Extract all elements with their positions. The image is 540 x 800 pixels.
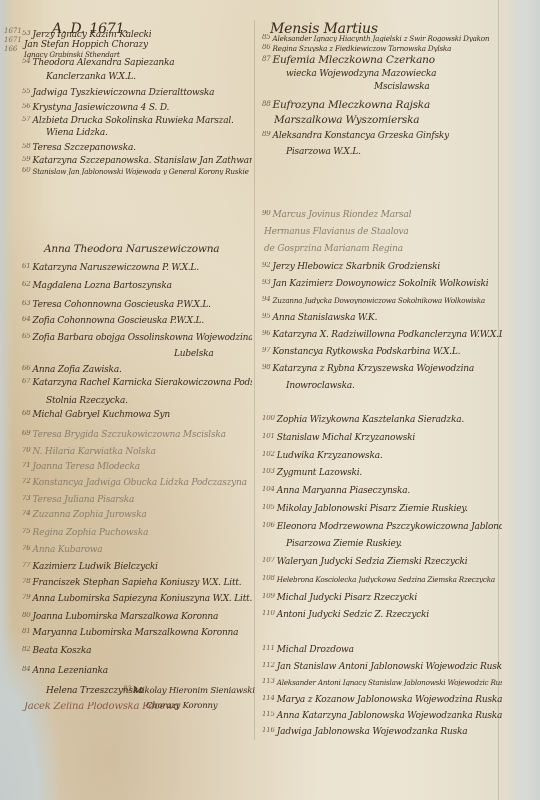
- entry-text: Waleryan Judycki Sedzia Ziemski Rzeczyck…: [277, 557, 468, 567]
- entry-number: 77: [22, 562, 31, 569]
- entry-text: Marya z Kozanow Jablonowska Wojewodzina …: [277, 695, 502, 705]
- entry-text: Mscislawska: [374, 82, 430, 92]
- entry-text: Jadwiga Jablonowska Wojewodzanka Ruska: [277, 727, 468, 737]
- entry-number: 107: [262, 557, 275, 564]
- register-entry: Lubelska: [172, 349, 214, 359]
- register-entry: 64Zofia Cohonnowna Goscieuska P.W.X.L.: [22, 316, 204, 326]
- entry-text: Helebrona Kosciolecka Judyckowa Sedzina …: [277, 575, 495, 583]
- entry-text: Katarzyna X. Radziwillowna Podkanclerzyn…: [273, 330, 502, 340]
- entry-text: Eufrozyna Mleczkowna Rajska: [273, 100, 431, 111]
- entry-text: Zophia Wizykowna Kasztelanka Sieradzka.: [277, 415, 464, 425]
- entry-text: wiecka Wojewodzyna Mazowiecka: [286, 69, 436, 79]
- entry-number: 104: [262, 486, 275, 493]
- entry-number: 114: [262, 695, 275, 702]
- entry-text: Anna Lezenianka: [33, 666, 108, 676]
- register-entry: wiecka Wojewodzyna Mazowiecka: [284, 69, 436, 79]
- register-entry: 108Helebrona Kosciolecka Judyckowa Sedzi…: [262, 575, 495, 583]
- entry-number: 66: [22, 365, 31, 372]
- entry-number: 113: [262, 678, 275, 685]
- entry-number: 54: [22, 58, 31, 65]
- register-entry: Inowroclawska.: [284, 381, 355, 391]
- entry-text: Wiena Lidzka.: [46, 128, 108, 138]
- entry-text: Jan Stanislaw Antoni Jablonowski Wojewod…: [277, 662, 502, 672]
- side-entry: 83Mikolay Hieronim Sieniawski: [123, 686, 255, 696]
- register-entry: 110Antoni Judycki Sedzic Z. Rzeczycki: [262, 610, 429, 620]
- register-entry: 60Stanislaw Jan Jablonowski Wojewoda y G…: [22, 167, 249, 175]
- entry-text: Anna Zofia Zawiska.: [33, 365, 122, 375]
- entry-number: 67: [22, 378, 31, 385]
- entry-text: N. Hilaria Karwiatka Nolska: [33, 447, 156, 457]
- entry-text: Franciszek Stephan Sapieha Koniuszy W.X.…: [33, 578, 242, 588]
- entry-text: Zofia Cohonnowna Goscieuska P.W.X.L.: [33, 316, 204, 326]
- entry-text: Katarzyna Rachel Karnicka Sierakowiczown…: [33, 378, 252, 388]
- entry-text: Regina Szuyska z Fiedkiewiczow Tarnowska…: [273, 44, 452, 52]
- register-entry: 94Zuzanna Judycka Dowoynowiczowa Sokolni…: [262, 296, 485, 304]
- entry-text: Zuzanna Judycka Dowoynowiczowa Sokolniko…: [273, 296, 486, 304]
- entry-text: Jan Kazimierz Dowoynowicz Sokolnik Wolko…: [273, 279, 489, 289]
- entry-text: Alzbieta Drucka Sokolinska Ruwieka Marsz…: [33, 116, 234, 126]
- entry-number: 98: [262, 364, 271, 371]
- entry-number: 75: [22, 528, 31, 535]
- register-entry: 65Zofia Barbara obojga Ossolinskowna Woj…: [22, 333, 252, 343]
- entry-number: 62: [22, 281, 31, 288]
- register-entry: 90Marcus Jovinus Riondez Marsal: [262, 210, 411, 220]
- entry-text: Aleksander Ignacy Hiacynth Jagielski z S…: [273, 34, 490, 42]
- entry-number: 110: [262, 610, 275, 617]
- entry-number: 111: [262, 645, 275, 652]
- register-entry: 55Jadwiga Tyszkiewiczowna Dzieralttowska: [22, 88, 214, 98]
- register-entry: Marszalkowa Wyszomierska: [272, 115, 419, 126]
- register-entry: 93Jan Kazimierz Dowoynowicz Sokolnik Wol…: [262, 279, 488, 289]
- entry-text: Beata Koszka: [33, 646, 92, 656]
- register-entry: 101Stanislaw Michal Krzyzanowski: [262, 433, 415, 443]
- entry-text: Maryanna Lubomirska Marszalkowna Koronna: [33, 628, 239, 638]
- entry-number: 53: [22, 30, 31, 37]
- register-entry: 63Teresa Cohonnowna Goscieuska P.W.X.L.: [22, 300, 211, 310]
- entry-text: Teresa Cohonnowna Goscieuska P.W.X.L.: [33, 300, 211, 310]
- register-entry: 74Zuzanna Zophia Jurowska: [22, 510, 147, 520]
- entry-number: 78: [22, 578, 31, 585]
- register-entry: 107Waleryan Judycki Sedzia Ziemski Rzecz…: [262, 557, 467, 567]
- entry-text: Lubelska: [174, 349, 214, 359]
- register-entry: 57Alzbieta Drucka Sokolinska Ruwieka Mar…: [22, 116, 234, 126]
- entry-text: Zuzanna Zophia Jurowska: [33, 510, 147, 520]
- register-entry: 104Anna Maryanna Piaseczynska.: [262, 486, 410, 496]
- register-entry: 72Konstancya Jadwiga Obucka Lidzka Podcz…: [22, 478, 247, 488]
- entry-number: 94: [262, 296, 271, 303]
- entry-text: Teresa Szczepanowska.: [33, 143, 136, 153]
- entry-number: 87: [262, 55, 271, 63]
- entry-text: Anna Katarzyna Jablonowska Wojewodzanka …: [277, 711, 502, 721]
- entry-text: Anna Theodora Naruszewiczowna: [44, 244, 219, 255]
- entry-text: Pisarzowa Ziemie Ruskiey.: [286, 539, 402, 549]
- register-entry: 86Regina Szuyska z Fiedkiewiczow Tarnows…: [262, 44, 451, 52]
- entry-number: 59: [22, 156, 31, 163]
- entry-text: Inowroclawska.: [286, 381, 355, 391]
- entry-number: 56: [22, 103, 31, 110]
- entry-text: Teresa Juliana Pisarska: [33, 495, 135, 505]
- register-entry: Ignacy Grabinski Sthendart: [22, 50, 120, 58]
- entry-number: 55: [22, 88, 31, 95]
- column-divider: [254, 20, 255, 740]
- page-edge-right: [504, 0, 540, 800]
- entry-number: 95: [262, 313, 271, 320]
- entry-number: 65: [22, 333, 31, 340]
- register-entry: 88Eufrozyna Mleczkowna Rajska: [262, 100, 430, 111]
- entry-text: Jadwiga Tyszkiewiczowna Dzieralttowska: [33, 88, 215, 98]
- register-entry: 66Anna Zofia Zawiska.: [22, 365, 122, 375]
- entry-number: 58: [22, 143, 31, 150]
- entry-text: Kazimierz Ludwik Bielczycki: [33, 562, 158, 572]
- register-entry: 89Aleksandra Konstancya Grzeska Ginfsky: [262, 131, 449, 141]
- register-entry: Mscislawska: [372, 82, 430, 92]
- register-entry: 79Anna Lubomirska Sapiezyna Koniuszyna W…: [22, 594, 252, 604]
- entry-number: 82: [22, 646, 31, 653]
- register-entry: 58Teresa Szczepanowska.: [22, 143, 136, 153]
- register-entry: 111Michal Drozdowa: [262, 645, 354, 655]
- register-entry: 75Regina Zophia Puchowska: [22, 528, 148, 538]
- entry-number: 73: [22, 495, 31, 502]
- entry-text: Michal Judycki Pisarz Rzeczycki: [277, 593, 417, 603]
- register-entry: 98Katarzyna z Rybna Krzyszewska Wojewodz…: [262, 364, 474, 374]
- entry-text: Stolnia Rzeczycka.: [46, 396, 128, 406]
- register-entry: 112Jan Stanislaw Antoni Jablonowski Woje…: [262, 662, 502, 672]
- register-entry: 77Kazimierz Ludwik Bielczycki: [22, 562, 158, 572]
- entry-number: 80: [22, 612, 31, 619]
- entry-text: Regina Zophia Puchowska: [33, 528, 149, 538]
- entry-number: 90: [262, 210, 271, 217]
- entry-number: 74: [22, 510, 31, 517]
- entry-text: Anna Kubarowa: [33, 545, 103, 555]
- register-entry: 114Marya z Kozanow Jablonowska Wojewodzi…: [262, 695, 502, 705]
- entry-text: Eufemia Mleczkowna Czerkano: [273, 55, 435, 66]
- entry-text: Zofia Barbara obojga Ossolinskowna Wojew…: [33, 333, 252, 343]
- entry-text: Zygmunt Lazowski.: [277, 468, 362, 478]
- entry-text: Joanna Teresa Mlodecka: [33, 462, 140, 472]
- register-entry: 87Eufemia Mleczkowna Czerkano: [262, 55, 435, 66]
- register-entry: 103Zygmunt Lazowski.: [262, 468, 362, 478]
- register-entry: Pisarzowa Ziemie Ruskiey.: [284, 539, 402, 549]
- register-entry: 113Aleksander Antoni Ignacy Stanislaw Ja…: [262, 678, 502, 686]
- entry-number: 88: [262, 100, 271, 108]
- entry-number: 115: [262, 711, 275, 718]
- register-entry: 68Michal Gabryel Kuchmowa Syn: [22, 410, 170, 420]
- register-entry: 61Katarzyna Naruszewiczowna P. W.X.L.: [22, 263, 199, 273]
- entry-number: 81: [22, 628, 31, 635]
- register-entry: 82Beata Koszka: [22, 646, 91, 656]
- register-entry: 81Maryanna Lubomirska Marszalkowna Koron…: [22, 628, 238, 638]
- register-entry: 59Katarzyna Szczepanowska. Stanislaw Jan…: [22, 156, 252, 166]
- entry-text: Jerzy Ignacy Kazim Kalecki: [33, 30, 152, 40]
- entry-number: 93: [262, 279, 271, 286]
- entry-number: 70: [22, 447, 31, 454]
- entry-number: 106: [262, 522, 275, 529]
- entry-number: 84: [22, 666, 31, 673]
- register-entry: 56Krystyna Jasiewiczowna 4 S. D.: [22, 103, 169, 113]
- register-entry: 102Ludwika Krzyzanowska.: [262, 451, 383, 461]
- register-entry: 96Katarzyna X. Radziwillowna Podkanclerz…: [262, 330, 502, 340]
- entry-number: 76: [22, 545, 31, 552]
- entry-number: 71: [22, 462, 31, 469]
- register-entry: 115Anna Katarzyna Jablonowska Wojewodzan…: [262, 711, 502, 721]
- entry-text: Teresa Brygida Szczukowiczowna Mscislska: [33, 430, 226, 440]
- entry-number: 108: [262, 575, 275, 582]
- entry-number: 89: [262, 131, 271, 138]
- entry-number: 102: [262, 451, 275, 458]
- entry-text: Konstancya Rytkowska Podskarbina W.X.L.: [273, 347, 461, 357]
- register-entry: 67Katarzyna Rachel Karnicka Sierakowiczo…: [22, 378, 252, 388]
- entry-number: 61: [22, 263, 31, 270]
- entry-text: Hermanus Flavianus de Staalova: [264, 227, 409, 237]
- entry-text: Stanislaw Michal Krzyzanowski: [277, 433, 415, 443]
- entry-text: Anna Lubomirska Sapiezyna Koniuszyna W.X…: [33, 594, 252, 604]
- register-entry: 80Joanna Lubomirska Marszalkowa Koronna: [22, 612, 218, 622]
- register-entry: 97Konstancya Rytkowska Podskarbina W.X.L…: [262, 347, 460, 357]
- entry-text: Aleksander Antoni Ignacy Stanislaw Jablo…: [277, 678, 502, 686]
- register-entry: Wiena Lidzka.: [44, 128, 108, 138]
- side-entry-title: Chorazy Koronny: [146, 702, 217, 711]
- entry-text: Jerzy Hlebowicz Skarbnik Grodzienski: [273, 262, 441, 272]
- entry-number: 109: [262, 593, 275, 600]
- register-entry: 84Anna Lezenianka: [22, 666, 108, 676]
- entry-number: 86: [262, 44, 271, 51]
- register-entry: 92Jerzy Hlebowicz Skarbnik Grodzienski: [262, 262, 440, 272]
- entry-number: 97: [262, 347, 271, 354]
- entry-number: 103: [262, 468, 275, 475]
- entry-text: Theodora Alexandra Sapiezanka: [33, 58, 175, 68]
- entry-number: 69: [22, 430, 31, 437]
- register-entry: Kanclerzanka W.X.L.: [44, 72, 136, 82]
- entry-number: 116: [262, 727, 275, 734]
- entry-text: Anna Stanislawska W.K.: [273, 313, 378, 323]
- entry-text: Stanislaw Jan Jablonowski Wojewoda y Gen…: [33, 167, 249, 175]
- entry-text: Eleonora Modrzewowna Pszczykowiczowna Ja…: [277, 522, 502, 532]
- entry-text: Krystyna Jasiewiczowna 4 S. D.: [33, 103, 170, 113]
- entry-text: Konstancya Jadwiga Obucka Lidzka Podczas…: [33, 478, 247, 488]
- entry-text: Kanclerzanka W.X.L.: [46, 72, 136, 82]
- register-entry: 71Joanna Teresa Mlodecka: [22, 462, 140, 472]
- entry-number: 85: [262, 34, 271, 41]
- register-entry: Hermanus Flavianus de Staalova: [262, 227, 409, 237]
- entry-text: Anna Maryanna Piaseczynska.: [277, 486, 410, 496]
- entry-text: de Gosprzina Marianam Regina: [264, 244, 403, 254]
- register-entry: 78Franciszek Stephan Sapieha Koniuszy W.…: [22, 578, 241, 588]
- register-entry: Pisarzowa W.X.L.: [284, 147, 361, 157]
- entry-text: Antoni Judycki Sedzic Z. Rzeczycki: [277, 610, 429, 620]
- entry-text: Magdalena Lozna Bartoszynska: [33, 281, 172, 291]
- register-entry: Stolnia Rzeczycka.: [44, 396, 128, 406]
- entry-number: 60: [22, 167, 31, 174]
- entry-text: Pisarzowa W.X.L.: [286, 147, 361, 157]
- entry-number: 68: [22, 410, 31, 417]
- entry-text: Joanna Lubomirska Marszalkowa Koronna: [33, 612, 219, 622]
- register-entry: 73Teresa Juliana Pisarska: [22, 495, 134, 505]
- entry-text: Ludwika Krzyzanowska.: [277, 451, 383, 461]
- entry-text: Katarzyna z Rybna Krzyszewska Wojewodzin…: [273, 364, 475, 374]
- register-entry: Jan Stefan Hoppich Chorazy: [22, 40, 148, 50]
- register-entry: de Gosprzina Marianam Regina: [262, 244, 403, 254]
- register-entry: 95Anna Stanislawska W.K.: [262, 313, 377, 323]
- register-entry: 85Aleksander Ignacy Hiacynth Jagielski z…: [262, 34, 489, 42]
- entry-text: Katarzyna Naruszewiczowna P. W.X.L.: [33, 263, 199, 273]
- entry-number: 105: [262, 504, 275, 511]
- entry-text: Marszalkowa Wyszomierska: [274, 115, 419, 126]
- entry-text: Aleksandra Konstancya Grzeska Ginfsky: [273, 131, 450, 141]
- register-entry: 109Michal Judycki Pisarz Rzeczycki: [262, 593, 417, 603]
- register-entry: 70N. Hilaria Karwiatka Nolska: [22, 447, 156, 457]
- entry-text: Jan Stefan Hoppich Chorazy: [24, 40, 148, 50]
- entry-text: Mikolay Jablonowski Pisarz Ziemie Ruskie…: [277, 504, 468, 514]
- entry-number: 92: [262, 262, 271, 269]
- entry-number: 63: [22, 300, 31, 307]
- entry-number: 96: [262, 330, 271, 337]
- entry-number: 57: [22, 116, 31, 123]
- register-entry: 76Anna Kubarowa: [22, 545, 102, 555]
- register-entry: 53Jerzy Ignacy Kazim Kalecki: [22, 30, 151, 40]
- entry-number: 72: [22, 478, 31, 485]
- entry-text: Ignacy Grabinski Sthendart: [24, 50, 120, 58]
- entry-text: Michal Gabryel Kuchmowa Syn: [33, 410, 171, 420]
- register-entry: 100Zophia Wizykowna Kasztelanka Sieradzk…: [262, 415, 464, 425]
- entry-number: 79: [22, 594, 31, 601]
- register-entry: 105Mikolay Jablonowski Pisarz Ziemie Rus…: [262, 504, 468, 514]
- manuscript-page: 1671 1671 166 A. D. 1671. Mensis Martius…: [0, 0, 540, 800]
- entry-number: 100: [262, 415, 275, 422]
- register-entry: 62Magdalena Lozna Bartoszynska: [22, 281, 172, 291]
- entry-number: 101: [262, 433, 275, 440]
- register-entry: 69Teresa Brygida Szczukowiczowna Mscisls…: [22, 430, 226, 440]
- register-entry: 54Theodora Alexandra Sapiezanka: [22, 58, 174, 68]
- entry-number: 112: [262, 662, 275, 669]
- margin-notes: 1671 1671 166: [4, 27, 22, 54]
- register-entry: 106Eleonora Modrzewowna Pszczykowiczowna…: [262, 522, 502, 532]
- entry-text: Marcus Jovinus Riondez Marsal: [273, 210, 412, 220]
- entry-text: Michal Drozdowa: [277, 645, 354, 655]
- entry-number: 64: [22, 316, 31, 323]
- register-entry: 116Jadwiga Jablonowska Wojewodzanka Rusk…: [262, 727, 467, 737]
- register-entry: Anna Theodora Naruszewiczowna: [42, 244, 219, 255]
- entry-text: Katarzyna Szczepanowska. Stanislaw Jan Z…: [33, 156, 252, 166]
